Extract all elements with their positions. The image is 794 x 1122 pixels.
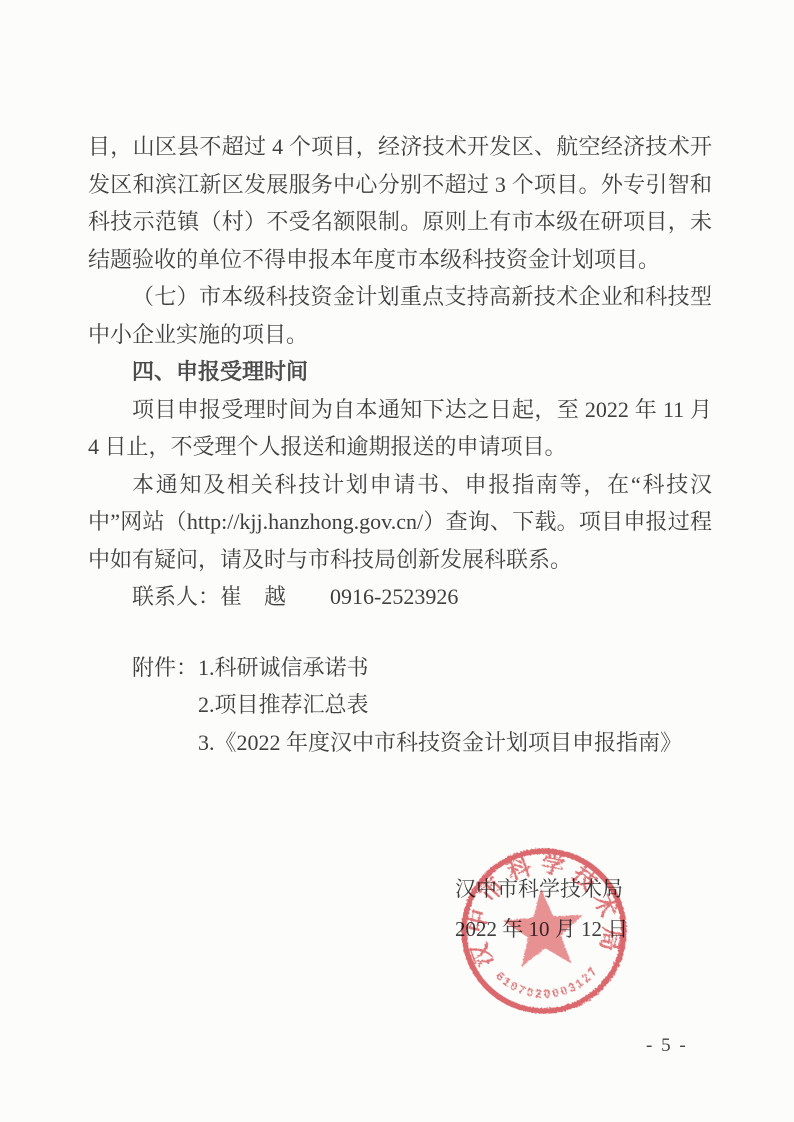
document-page: 目，山区县不超过 4 个项目，经济技术开发区、航空经济技术开发区和滨江新区发展服… xyxy=(0,0,794,1122)
seal-code: 6107020003127 xyxy=(492,963,602,1005)
paragraph-item-seven: （七）市本级科技资金计划重点支持高新技术企业和科技型中小企业实施的项目。 xyxy=(88,278,712,353)
signature-agency: 汉中市科学技术局 xyxy=(455,869,645,909)
contact-line: 联系人：崔 越 0916-2523926 xyxy=(88,578,712,616)
attachment-item-1: 1.科研诚信承诺书 xyxy=(198,655,369,680)
paragraph-deadline: 项目申报受理时间为自本通知下达之日起，至 2022 年 11 月 4 日止，不受… xyxy=(88,391,712,466)
paragraph-website: 本通知及相关科技计划申请书、申报指南等，在“科技汉中”网站（http://kjj… xyxy=(88,466,712,579)
attachment-item-2: 2.项目推荐汇总表 xyxy=(88,686,712,724)
paragraph-continuation: 目，山区县不超过 4 个项目，经济技术开发区、航空经济技术开发区和滨江新区发展服… xyxy=(88,128,712,278)
attachment-item-3: 3.《2022 年度汉中市科技资金计划项目申报指南》 xyxy=(88,724,712,762)
page-number: - 5 - xyxy=(646,1035,688,1057)
attachment-line-1: 附件：1.科研诚信承诺书 xyxy=(88,649,712,687)
attachments-block: 附件：1.科研诚信承诺书 2.项目推荐汇总表 3.《2022 年度汉中市科技资金… xyxy=(88,649,712,762)
attachments-label: 附件： xyxy=(132,655,198,680)
section-heading: 四、申报受理时间 xyxy=(88,353,712,391)
signature-block: 汉中市科学技术局 2022 年 10 月 12 日 xyxy=(455,869,645,949)
document-body: 目，山区县不超过 4 个项目，经济技术开发区、航空经济技术开发区和滨江新区发展服… xyxy=(88,128,712,761)
svg-text:6107020003127: 6107020003127 xyxy=(492,963,602,1005)
signature-date: 2022 年 10 月 12 日 xyxy=(455,909,645,949)
